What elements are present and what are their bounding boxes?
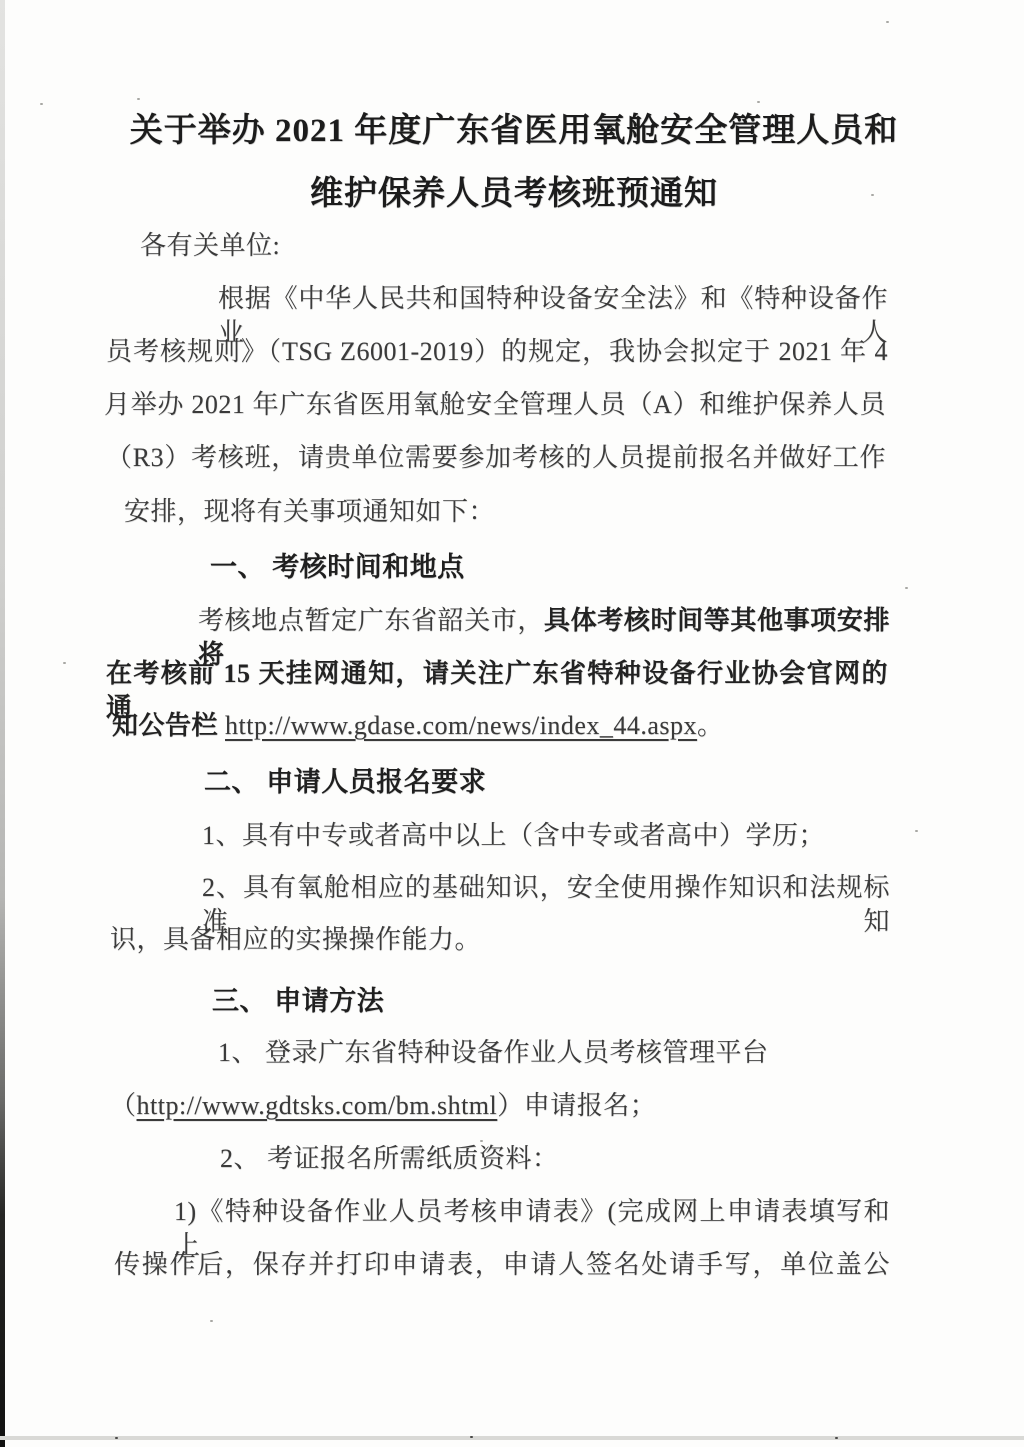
- section2-heading: 二、 申请人员报名要求: [204, 765, 486, 799]
- scan-speck: [757, 101, 760, 103]
- scan-speck: [63, 662, 66, 664]
- section1-line-1-regular: 考核地点暂定广东省韶关市，: [198, 606, 544, 635]
- section1-line-3-period: 。: [697, 711, 724, 740]
- scan-speck: [40, 103, 43, 105]
- registration-platform-url[interactable]: http://www.gdtsks.com/bm.shtml: [137, 1091, 498, 1120]
- section3-item-2-sub1-line-2: 传操作后，保存并打印申请表，申请人签名处请手写，单位盖公: [114, 1248, 890, 1282]
- scan-speck: [905, 587, 908, 589]
- intro-line-3: 月举办 2021 年广东省医用氧舱安全管理人员（A）和维护保养人员: [104, 388, 886, 422]
- scan-speck: [470, 1436, 473, 1438]
- scan-speck: [886, 21, 889, 23]
- section2-item-2-line-2: 识，具备相应的实操操作能力。: [110, 923, 481, 957]
- section1-line-3: 知公告栏 http://www.gdase.com/news/index_44.…: [112, 709, 724, 743]
- section3-item-2: 2、 考证报名所需纸质资料：: [220, 1142, 559, 1176]
- scan-speck: [354, 196, 357, 198]
- scan-speck: [210, 1320, 213, 1322]
- scan-speck: [480, 1140, 483, 1142]
- scan-speck: [871, 194, 874, 196]
- scan-speck: [137, 98, 140, 100]
- scan-speck: [115, 1437, 118, 1439]
- intro-line-5: 安排，现将有关事项通知如下：: [124, 495, 495, 529]
- scan-speck: [915, 830, 918, 832]
- document-title-line-2: 维护保养人员考核班预通知: [14, 167, 1014, 214]
- salutation: 各有关单位:: [140, 229, 280, 263]
- section1-heading: 一、 考核时间和地点: [210, 550, 465, 584]
- section2-item-1: 1、具有中专或者高中以上（含中专或者高中）学历；: [202, 819, 825, 853]
- intro-line-2: 员考核规则》（TSG Z6001-2019）的规定，我协会拟定于 2021 年 …: [106, 335, 888, 369]
- section3-item-1-line-1: 1、 登录广东省特种设备作业人员考核管理平台: [218, 1036, 769, 1070]
- intro-line-4: （R3）考核班，请贵单位需要参加考核的人员提前报名并做好工作: [106, 441, 886, 475]
- section3-item-1-line-2: （http://www.gdtsks.com/bm.shtml）申请报名；: [110, 1089, 656, 1123]
- scan-speck: [835, 1437, 838, 1439]
- document-title-line-1: 关于举办 2021 年度广东省医用氧舱安全管理人员和: [14, 104, 1014, 151]
- registration-url-open-paren: （: [110, 1091, 137, 1120]
- scan-left-edge-shadow: [0, 0, 5, 1447]
- section3-heading: 三、 申请方法: [212, 984, 384, 1018]
- notice-board-url[interactable]: http://www.gdase.com/news/index_44.aspx: [225, 711, 697, 740]
- section3-item-1-line-2-end: ）申请报名；: [497, 1091, 656, 1120]
- scanned-notice-page: 关于举办 2021 年度广东省医用氧舱安全管理人员和 维护保养人员考核班预通知 …: [0, 0, 1024, 1447]
- scan-bottom-edge-band: [0, 1436, 1024, 1440]
- section1-line-3-label: 知公告栏: [112, 711, 225, 740]
